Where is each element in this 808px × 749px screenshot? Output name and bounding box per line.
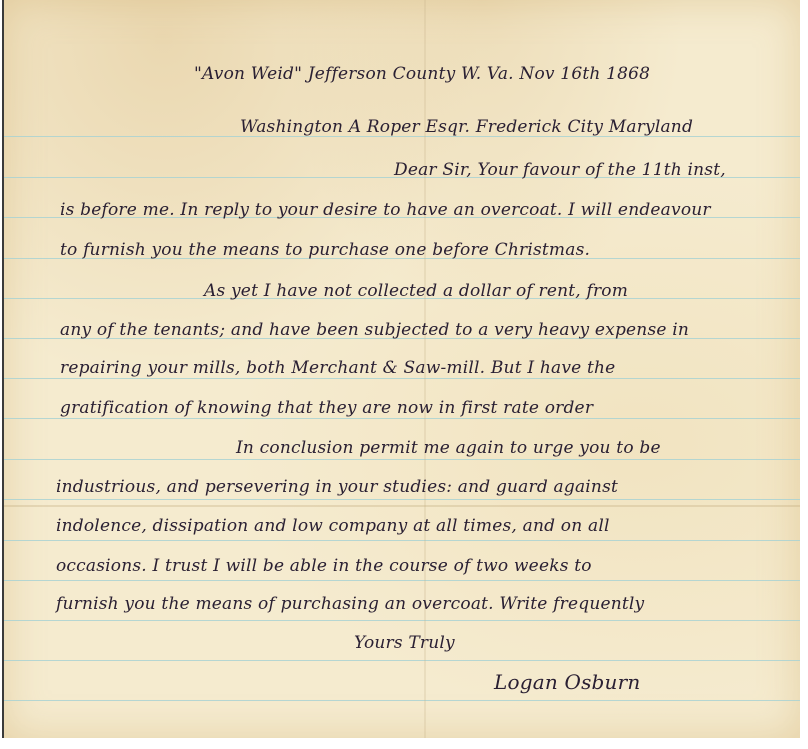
addressee-line: Washington A Roper Esqr. Frederick City … <box>240 117 693 137</box>
ruled-line <box>4 540 800 541</box>
body-line: repairing your mills, both Merchant & Sa… <box>60 358 615 378</box>
body-line: In conclusion permit me again to urge yo… <box>236 438 661 458</box>
body-line: gratification of knowing that they are n… <box>60 398 593 418</box>
body-line: industrious, and persevering in your stu… <box>56 477 618 497</box>
ruled-line <box>4 580 800 581</box>
ruled-line <box>4 459 800 460</box>
ruled-line <box>4 378 800 379</box>
body-line: furnish you the means of purchasing an o… <box>56 594 644 614</box>
body-line: indolence, dissipation and low company a… <box>56 516 610 536</box>
body-line: As yet I have not collected a dollar of … <box>204 281 628 301</box>
body-line: is before me. In reply to your desire to… <box>60 200 711 220</box>
ruled-line <box>4 660 800 661</box>
letter-paper: "Avon Weid" Jefferson County W. Va. Nov … <box>2 0 800 738</box>
body-line: occasions. I trust I will be able in the… <box>56 556 592 576</box>
body-line: any of the tenants; and have been subjec… <box>60 320 689 340</box>
ruled-line <box>4 700 800 701</box>
closing-line: Yours Truly <box>354 633 455 653</box>
salutation-line: Dear Sir, Your favour of the 11th inst, <box>394 160 726 180</box>
ruled-line <box>4 418 800 419</box>
ruled-line <box>4 620 800 621</box>
fold-crease-horizontal <box>4 505 800 507</box>
ruled-line <box>4 499 800 500</box>
signature: Logan Osburn <box>494 670 640 694</box>
place-date-heading: "Avon Weid" Jefferson County W. Va. Nov … <box>194 64 650 84</box>
body-line: to furnish you the means to purchase one… <box>60 240 590 260</box>
